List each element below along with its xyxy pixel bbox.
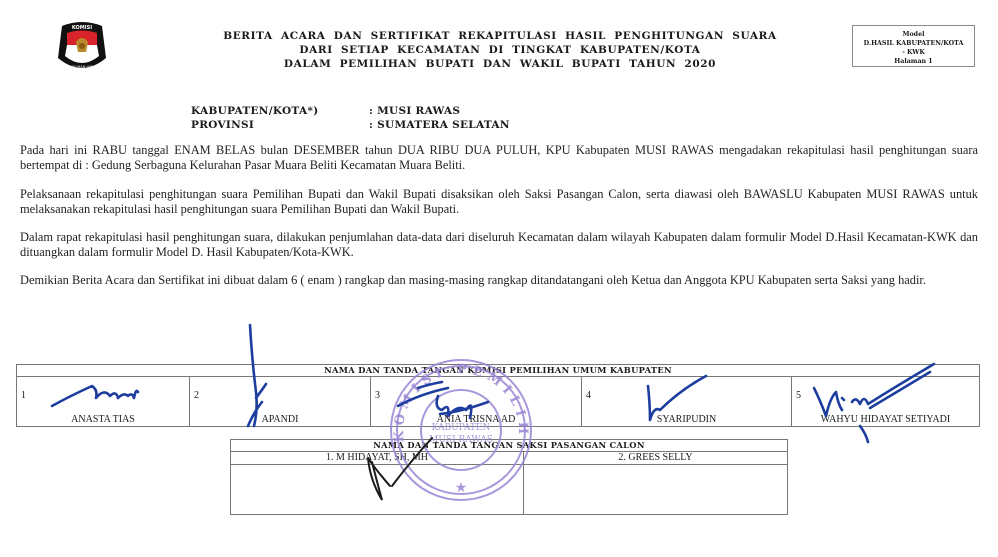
member-number: 2 [194,390,199,401]
witness-name-2: 2. GREES SELLY [524,452,788,465]
document-title: BERITA ACARA DAN SERTIFIKAT REKAPITULASI… [210,29,790,71]
witness-signature-table: NAMA DAN TANDA TANGAN SAKSI PASANGAN CAL… [230,439,788,515]
signature-cell-1: 1ANASTA TIAS [17,377,190,427]
member-name: ANIA TRISNA AD [371,414,581,425]
form-model-box: Model D.HASIL KABUPATEN/KOTA - KWK Halam… [852,25,975,67]
member-name: WAHYU HIDAYAT SETIYADI [792,414,979,425]
model-label: Model [853,30,974,39]
svg-text:PEMILIHAN UMUM: PEMILIHAN UMUM [66,65,98,69]
model-suffix: - KWK [853,48,974,57]
witness-name-1: 1. M HIDAYAT, SH, MH [231,452,524,465]
kpu-table-header: NAMA DAN TANDA TANGAN KOMISI PEMILIHAN U… [17,365,980,377]
signature-cell-4: 4SYARIPUDIN [582,377,792,427]
paragraph-summation: Dalam rapat rekapitulasi hasil penghitun… [20,230,978,260]
paragraph-closing: Demikian Berita Acara dan Sertifikat ini… [20,273,978,288]
kpu-emblem-icon: KOMISI PEMILIHAN UMUM [56,20,108,74]
title-line-2: DARI SETIAP KECAMATAN DI TINGKAT KABUPAT… [210,43,790,57]
member-number: 4 [586,390,591,401]
paragraph-opening: Pada hari ini RABU tanggal ENAM BELAS bu… [20,143,978,173]
regency-label: KABUPATEN/KOTA*) [191,104,369,118]
regency-value: : MUSI RAWAS [369,104,460,118]
title-line-1: BERITA ACARA DAN SERTIFIKAT REKAPITULASI… [210,29,790,43]
signature-cell-2: 2APANDI [190,377,371,427]
member-name: ANASTA TIAS [17,414,189,425]
witness-table-header: NAMA DAN TANDA TANGAN SAKSI PASANGAN CAL… [231,440,788,452]
region-info: KABUPATEN/KOTA*) : MUSI RAWAS PROVINSI :… [191,104,510,132]
title-line-3: DALAM PEMILIHAN BUPATI DAN WAKIL BUPATI … [210,57,790,71]
member-number: 5 [796,390,801,401]
member-name: SYARIPUDIN [582,414,791,425]
member-name: APANDI [190,414,370,425]
kpu-signature-table: NAMA DAN TANDA TANGAN KOMISI PEMILIHAN U… [16,364,980,427]
signature-cell-3: 3ANIA TRISNA AD [371,377,582,427]
model-code: D.HASIL KABUPATEN/KOTA [853,39,974,48]
province-value: : SUMATERA SELATAN [369,118,510,132]
regency-row: KABUPATEN/KOTA*) : MUSI RAWAS [191,104,510,118]
province-label: PROVINSI [191,118,369,132]
page-number: Halaman 1 [853,57,974,66]
witness-signature-cell-2 [524,465,788,515]
signature-cell-5: 5WAHYU HIDAYAT SETIYADI [792,377,980,427]
paragraph-witnessing: Pelaksanaan rekapitulasi penghitungan su… [20,187,978,217]
witness-signature-cell-1 [231,465,524,515]
member-number: 1 [21,390,26,401]
member-number: 3 [375,390,380,401]
province-row: PROVINSI : SUMATERA SELATAN [191,118,510,132]
svg-text:KOMISI: KOMISI [72,25,92,31]
